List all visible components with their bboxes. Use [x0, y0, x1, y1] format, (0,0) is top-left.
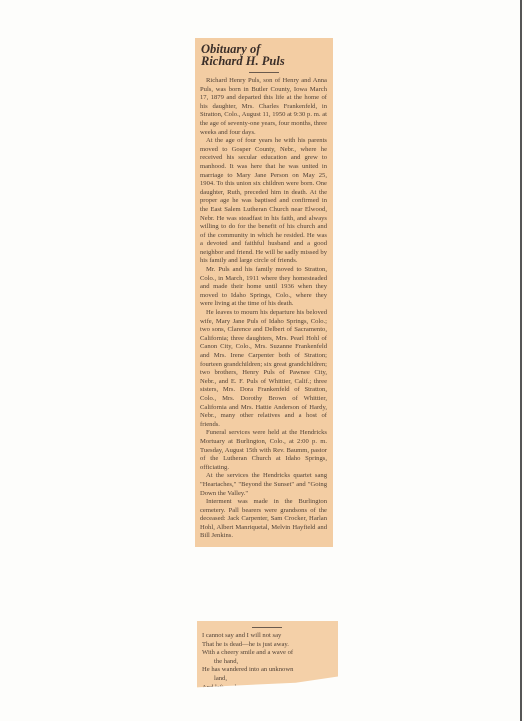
title-rule: [249, 72, 279, 73]
paragraph-homestead: Mr. Puls and his family moved to Stratto…: [200, 266, 327, 309]
poem-line: the hand,: [202, 658, 332, 667]
poem-line: And left us dreaming how ...: [202, 684, 332, 693]
paragraph-funeral: Funeral services were held at the Hendri…: [200, 429, 327, 472]
poem-line: land,: [202, 675, 332, 684]
paragraph-interment: Interment was made in the Burlington cem…: [200, 498, 327, 541]
poem-rule: [252, 627, 282, 628]
scan-edge-line: [520, 0, 522, 721]
poem-clipping: I cannot say and I will not say That he …: [197, 621, 338, 698]
obituary-title: Obituary of Richard H. Puls: [201, 43, 327, 67]
poem-line: With a cheery smile and a wave of: [202, 649, 332, 658]
poem-line: That he is dead—he is just away.: [202, 641, 332, 650]
paragraph-music: At the services the Hendricks quartet sa…: [200, 472, 327, 498]
poem: I cannot say and I will not say That he …: [202, 632, 332, 692]
poem-line: I cannot say and I will not say: [202, 632, 332, 641]
title-line-2: Richard H. Puls: [201, 55, 327, 67]
paragraph-survivors: He leaves to mourn his departure his bel…: [200, 309, 327, 429]
paragraph-birth-death: Richard Henry Puls, son of Henry and Ann…: [200, 77, 327, 137]
obituary-clipping: Obituary of Richard H. Puls Richard Henr…: [195, 38, 333, 547]
paragraph-early-life: At the age of four years he with his par…: [200, 137, 327, 266]
poem-line: He has wandered into an unknown: [202, 666, 332, 675]
